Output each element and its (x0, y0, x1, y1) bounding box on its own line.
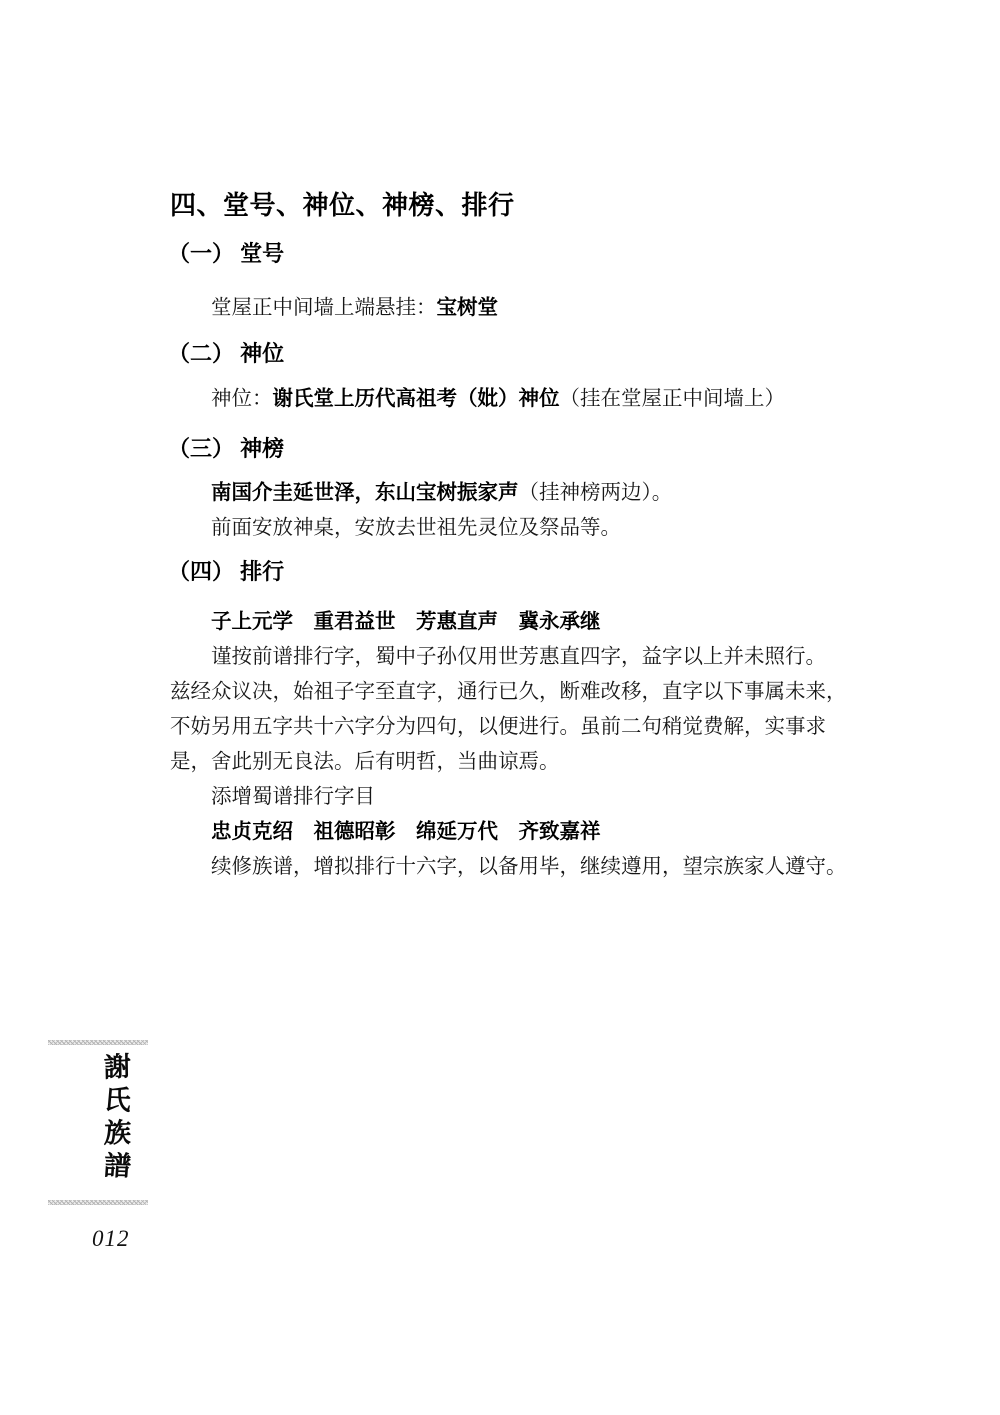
page-title: 四、堂号、神位、神榜、排行 (170, 192, 515, 219)
couplet-line: 南国介圭延世泽，东山宝树振家声（挂神榜两边）。 (170, 482, 672, 505)
tablet-line: 神位：谢氏堂上历代高祖考（妣）神位（挂在堂屋正中间墙上） (170, 388, 785, 411)
generation-names-old: 子上元学 重君益世 芳惠直声 冀永承继 (170, 611, 601, 634)
calligraphy-char-zu: 族 (103, 1120, 131, 1148)
hall-name-value: 宝树堂 (437, 296, 499, 319)
closing-line: 续修族谱，增拟排行十六字，以备用毕，继续遵用，望宗族家人遵守。 (170, 856, 847, 879)
paragraph-line-3: 不妨另用五字共十六字分为四句，以便进行。虽前二句稍觉费解，实事求 (170, 716, 826, 739)
paragraph-line-2: 兹经众议决，始祖子字至直字，通行已久，断难改移，直字以下事属未来， (170, 681, 847, 704)
section-heading-tanghao: （一） 堂号 (168, 242, 284, 266)
section-heading-shenwei: （二） 神位 (168, 342, 284, 366)
page-sheet: 四、堂号、神位、神榜、排行 （一） 堂号 堂屋正中间墙上端悬挂：宝树堂 （二） … (0, 0, 1000, 1415)
paragraph-line-1: 谨按前谱排行字，蜀中子孙仅用世芳惠直四字，益字以上并未照行。 (170, 646, 826, 669)
paragraph-line-4: 是，舍此别无良法。后有明哲，当曲谅焉。 (170, 751, 560, 774)
couplet-note: （挂神榜两边）。 (519, 482, 673, 504)
calligraphy-char-shi: 氏 (102, 1086, 131, 1114)
document-page: { "document": { "title": "四、堂号、神位、神榜、排行"… (0, 0, 1000, 1415)
tablet-note: （挂在堂屋正中间墙上） (560, 388, 786, 410)
tablet-value: 谢氏堂上历代高祖考（妣）神位 (273, 387, 560, 410)
calligraphy-char-xie: 謝 (103, 1053, 130, 1082)
generation-names-new: 忠贞克绍 祖德昭彰 绵延万代 齐致嘉祥 (170, 821, 601, 844)
hall-name-label: 堂屋正中间墙上端悬挂： (211, 297, 437, 319)
hall-name-line: 堂屋正中间墙上端悬挂：宝树堂 (170, 297, 498, 320)
page-number: 012 (92, 1226, 130, 1252)
sidebar-book-title: 謝 氏 族 譜 (100, 1054, 134, 1186)
section-heading-paihang: （四） 排行 (168, 560, 284, 584)
altar-line: 前面安放神桌，安放去世祖先灵位及祭品等。 (170, 517, 621, 540)
calligraphy-char-pu: 譜 (103, 1153, 132, 1181)
tablet-label: 神位： (211, 388, 273, 410)
section-heading-shenbang: （三） 神榜 (168, 437, 284, 461)
sidebar-ornament-top (48, 1040, 148, 1045)
sidebar-ornament-bottom (48, 1200, 148, 1205)
note-line: 添增蜀谱排行字目 (170, 786, 375, 809)
couplet-text: 南国介圭延世泽，东山宝树振家声 (211, 481, 519, 504)
